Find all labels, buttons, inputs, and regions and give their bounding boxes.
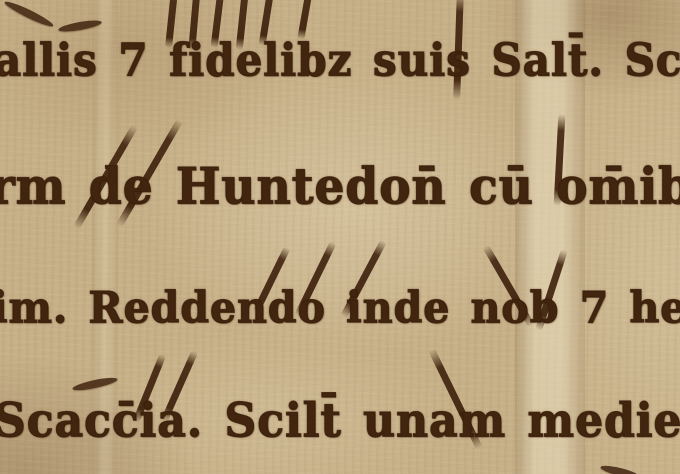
manuscript-line-1: allis 7 fidelibz suis Salt̄. Scia — [0, 34, 680, 86]
manuscript-photo: allis 7 fidelibz suis Salt̄. Scia rm de … — [0, 0, 680, 474]
manuscript-line-2: rm de Huntedon̄ cū om̄ibz ptin — [0, 158, 680, 216]
manuscript-line-3: im. Reddendo inde nob 7 heredibz — [0, 282, 680, 333]
manuscript-line-4: Scacc̄ia. Scilt̄ unam medietatē d — [0, 394, 680, 448]
